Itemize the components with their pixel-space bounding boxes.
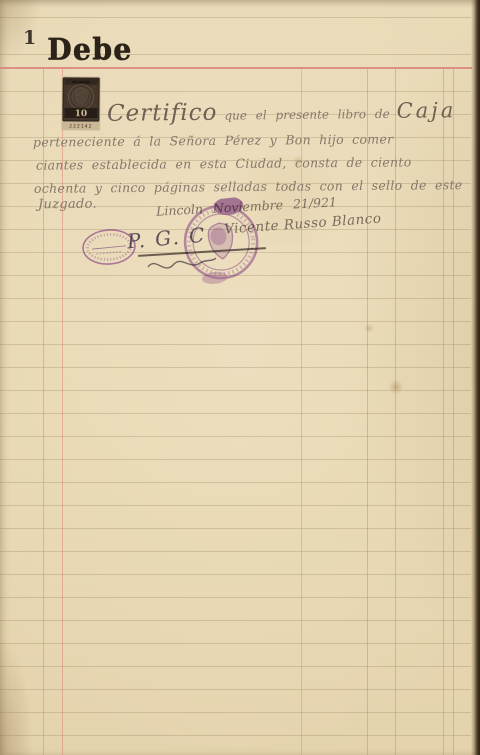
certificate-keyword-caja: Caja [397, 98, 457, 123]
column-line-3 [395, 69, 396, 755]
column-line-5 [453, 69, 454, 755]
ledger-page: 1 Debe PROVINCIA 10 222142 Certifico que… [0, 0, 480, 755]
stamp-header-text: PROVINCIA [72, 80, 91, 84]
revenue-stamp: PROVINCIA 10 222142 [61, 76, 101, 131]
revenue-stamp-image: PROVINCIA 10 222142 [61, 76, 101, 131]
certificate-line-1: Certifico que el presente libro de Caja [107, 97, 457, 127]
round-seal-image [177, 195, 265, 287]
column-line-2 [367, 69, 368, 755]
certificate-line1-text: que el presente libro de [224, 107, 389, 123]
column-line-4 [443, 69, 444, 755]
certificate-line-5: Juzgado. [38, 197, 97, 213]
stamp-serial-number: 222142 [69, 123, 92, 129]
oval-seal-image [79, 225, 140, 269]
page-edge-shadow [471, 0, 480, 755]
column-line-1 [301, 69, 302, 755]
header-rule-top [0, 17, 471, 18]
certificate-opening-word: Certifico [107, 100, 218, 127]
certificate-line-2: perteneciente á la Señora Pérez y Bon hi… [33, 131, 394, 149]
stamp-denomination: 10 [75, 109, 88, 119]
page-number: 1 [23, 27, 36, 49]
page-heading-debe: Debe [47, 32, 133, 67]
oval-ink-seal [79, 225, 140, 269]
notary-round-seal [177, 195, 265, 287]
